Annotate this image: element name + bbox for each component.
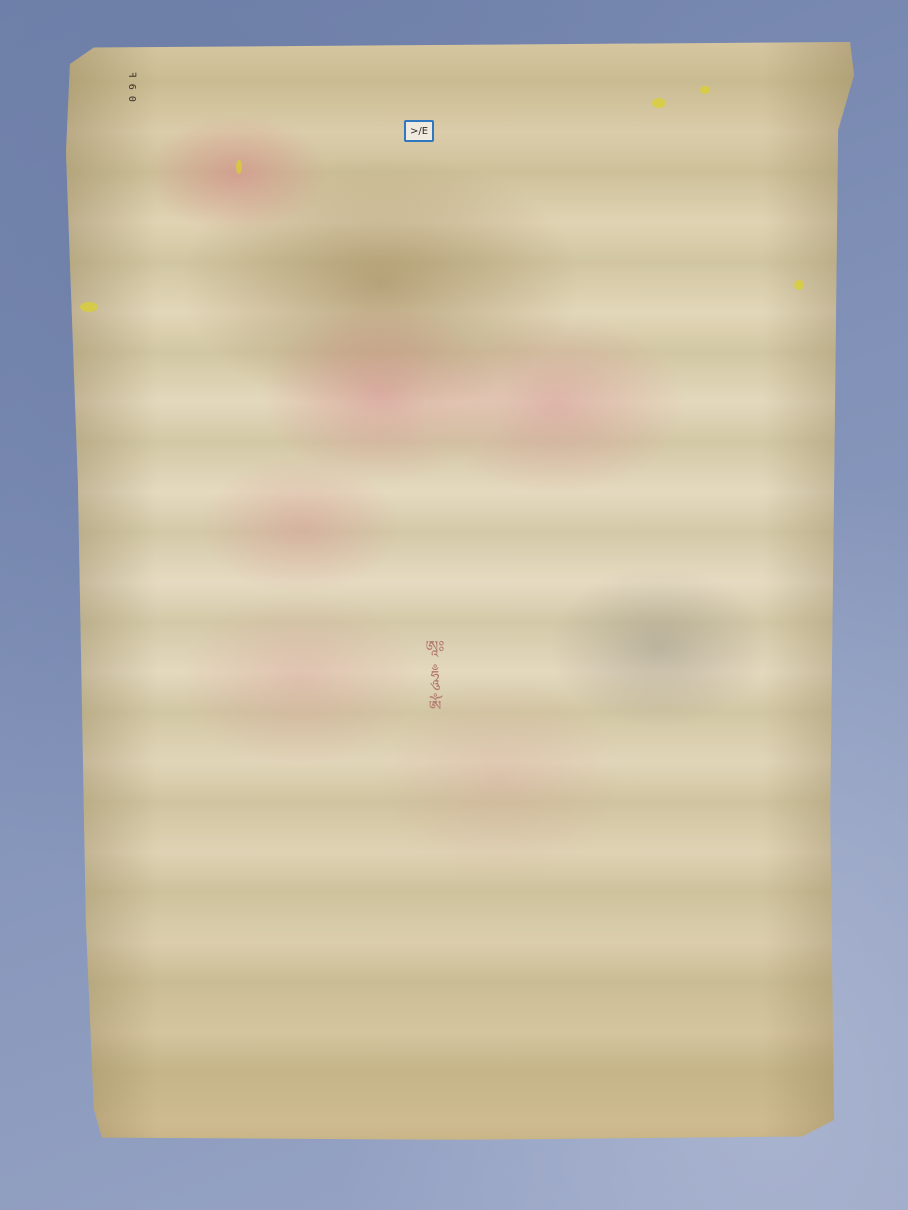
inventory-label: ꟻ 6 0 bbox=[126, 72, 137, 102]
yellow-stain bbox=[794, 280, 804, 290]
blue-tag: >/E bbox=[404, 120, 434, 142]
yellow-stain bbox=[80, 302, 98, 312]
aged-textile bbox=[62, 42, 858, 1142]
inscription-line: ཧཱུྃ bbox=[420, 662, 450, 692]
inscription-line: ཨཱཿ bbox=[420, 632, 450, 662]
yellow-stain bbox=[236, 160, 242, 174]
inscription-line: ཨོཾ bbox=[420, 692, 450, 722]
yellow-stain bbox=[700, 86, 710, 94]
blue-tag-text: >/E bbox=[410, 126, 428, 137]
center-inscription: ཨཱཿ ཧཱུྃ ཨོཾ bbox=[420, 632, 450, 722]
yellow-stain bbox=[652, 98, 666, 108]
